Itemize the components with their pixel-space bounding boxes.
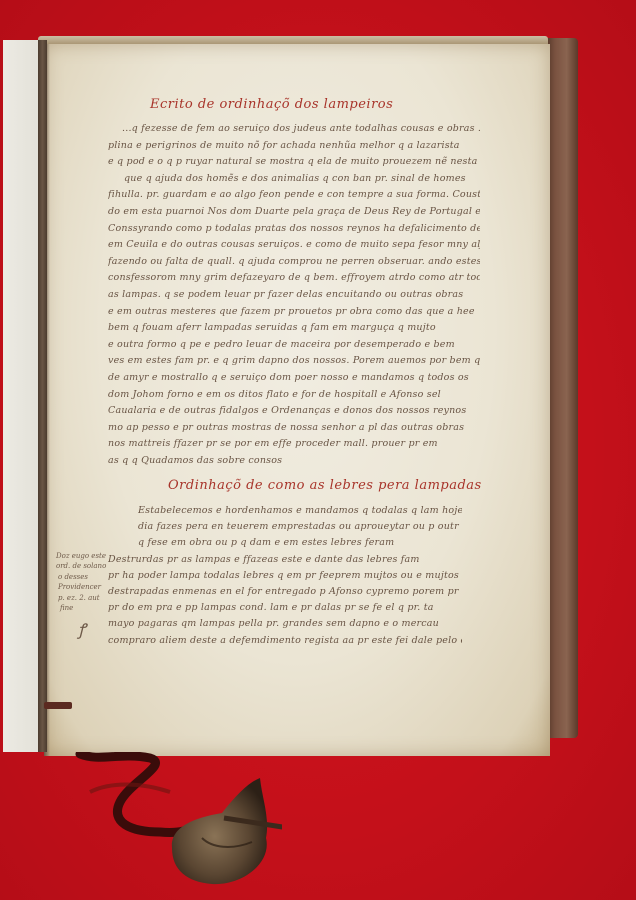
manuscript-line: consfessorom mny grim defazeyaro de q be…	[108, 272, 480, 283]
book-spine	[38, 40, 47, 752]
margin-note-line: Providencer	[58, 583, 101, 591]
margin-note-line: o desses	[58, 573, 88, 581]
manuscript-line: nos mattreis ffazer pr se por em effe pr…	[108, 438, 480, 449]
manuscript-line: plina e perigrinos de muito nõ for achad…	[108, 140, 480, 151]
heading-2: Ordinhaçõ de como as lebres pera lampada…	[168, 478, 482, 493]
manuscript-line: bem q fouam aferr lampadas seruidas q fa…	[108, 322, 480, 333]
manuscript-line: mayo pagaras qm lampas pella pr. grandes…	[108, 618, 462, 629]
manuscript-line: q fese em obra ou p q dam e em estes leb…	[138, 537, 462, 548]
margin-note-line: ord. de solano	[56, 562, 106, 570]
manuscript-line: ves em estes fam pr. e q grim dapno dos …	[108, 355, 480, 366]
manuscript-line: destrapadas enmenas en el for entregado …	[108, 586, 462, 597]
manuscript-line: pr do em pra e pp lampas cond. lam e pr …	[108, 602, 462, 613]
manuscript-line: Conssyrando como p todalas pratas dos no…	[108, 223, 480, 234]
margin-mark: ꝭ	[78, 618, 86, 640]
manuscript-line: ...q fezesse de fem ao seruiço dos judeu…	[122, 123, 480, 134]
manuscript-line: as lampas. q se podem leuar pr fazer del…	[108, 289, 480, 300]
manuscript-line: e em outras mesteres que fazem pr prouet…	[108, 306, 480, 317]
manuscript-line: do em esta puarnoi Nos dom Duarte pela g…	[108, 206, 480, 217]
manuscript-page	[44, 44, 550, 756]
manuscript-line: as q q Quadamos das sobre consos	[108, 455, 480, 466]
heading-1: Ecrito de ordinhaçõ dos lampeiros	[150, 97, 393, 112]
manuscript-line: de amyr e mostrallo q e seruiço dom poer…	[108, 372, 480, 383]
manuscript-line: Destrurdas pr as lampas e ffazeas este e…	[108, 554, 462, 565]
manuscript-line: e outra formo q pe e pedro leuar de mace…	[108, 339, 480, 350]
manuscript-line: mo ap pesso e pr outras mostras de nossa…	[108, 422, 480, 433]
wax-seal	[162, 778, 282, 888]
manuscript-line: compraro aliem deste a defemdimento regi…	[108, 635, 462, 646]
manuscript-line: Caualaria e de outras fidalgos e Ordenan…	[108, 405, 480, 416]
margin-note-line: p. ez. 2. aut	[58, 594, 100, 602]
manuscript-line: em Ceuila e do outras cousas seruiços. e…	[108, 239, 480, 250]
manuscript-line: dia fazes pera en teuerem emprestadas ou…	[138, 521, 462, 532]
manuscript-line: pr ha poder lampa todalas lebres q em pr…	[108, 570, 462, 581]
manuscript-line: dom Johom forno e em os ditos flato e fo…	[108, 389, 480, 400]
bookmark-tab	[44, 702, 72, 709]
manuscript-line: Estabelecemos e hordenhamos e mandamos q…	[138, 505, 462, 516]
manuscript-line: que q ajuda dos homẽs e dos animalias q …	[124, 173, 480, 184]
margin-note-line: fine	[60, 604, 73, 612]
manuscript-line: fazendo ou falta de quall. q ajuda compr…	[108, 256, 480, 267]
manuscript-line: e q pod e o q p ruyar natural se mostra …	[108, 156, 480, 167]
manuscript-line: fihulla. pr. guardam e ao algo feon pend…	[108, 189, 480, 200]
margin-note-line: Doz eugo este	[56, 552, 106, 560]
